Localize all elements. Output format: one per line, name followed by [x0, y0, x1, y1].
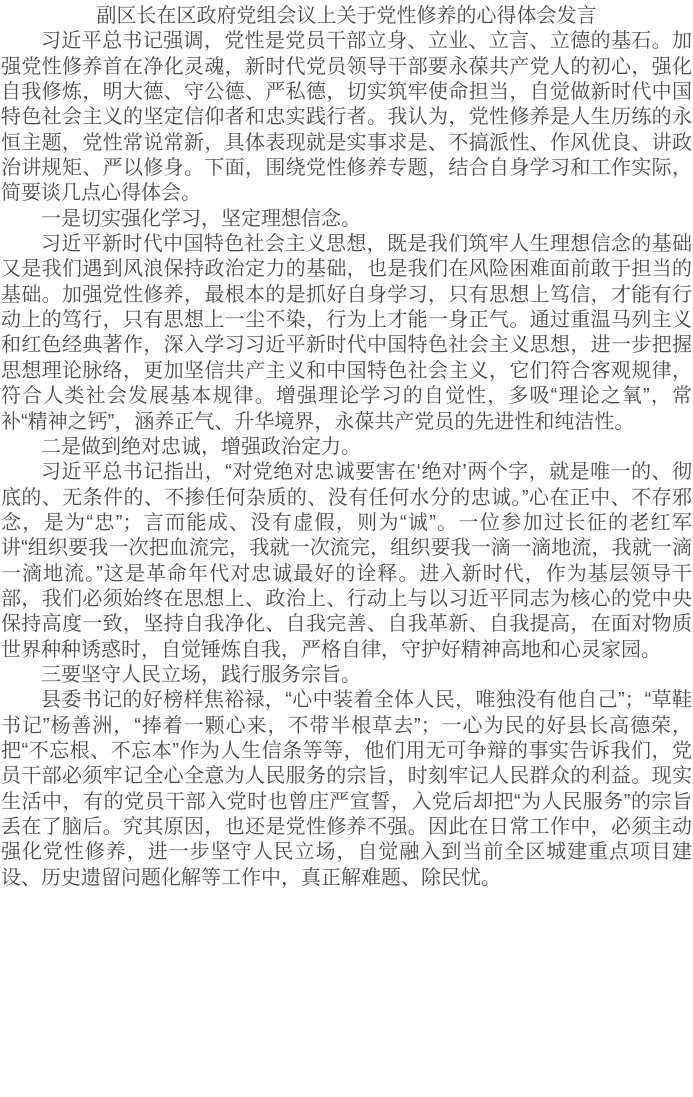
document-page: 副区长在区政府党组会议上关于党性修养的心得体会发言 习近平总书记强调，党性是党员… [0, 0, 693, 1097]
section-heading-2: 二是做到绝对忠诚，增强政治定力。 [1, 435, 692, 460]
paragraph-section-1-body: 习近平新时代中国特色社会主义思想，既是我们筑牢人生理想信念的基础又是我们遇到风浪… [1, 232, 692, 435]
paragraph-section-2-body: 习近平总书记指出，“对党绝对忠诚要害在‘绝对’两个字，就是唯一的、彻底的、无条件… [1, 460, 692, 663]
section-heading-3: 三要坚守人民立场，践行服务宗旨。 [1, 663, 692, 688]
document-title: 副区长在区政府党组会议上关于党性修养的心得体会发言 [1, 4, 692, 29]
section-heading-1: 一是切实强化学习，坚定理想信念。 [1, 207, 692, 232]
paragraph-section-3-body: 县委书记的好榜样焦裕禄，“心中装着全体人民，唯独没有他自己”；“草鞋书记”杨善洲… [1, 688, 692, 891]
paragraph-intro: 习近平总书记强调，党性是党员干部立身、立业、立言、立德的基石。加强党性修养首在净… [1, 29, 692, 206]
